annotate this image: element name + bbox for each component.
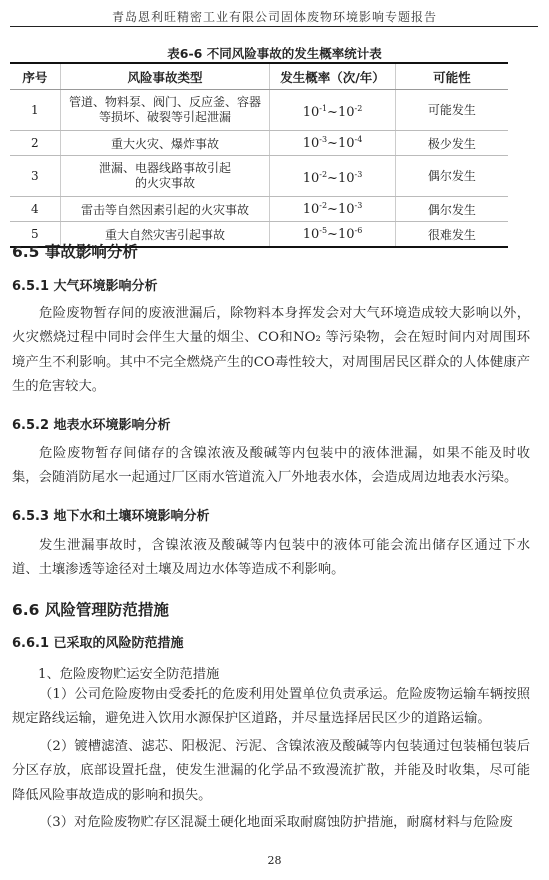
cell-type: 泄漏、电器线路事故引起的火灾事故 <box>60 156 270 197</box>
prob-exponent: -2 <box>355 104 363 113</box>
prob-exponent: -3 <box>319 135 327 144</box>
prob-separator: ~ <box>327 105 338 120</box>
prob-exponent: -2 <box>319 170 327 179</box>
prob-base: 10 <box>303 105 320 120</box>
cell-likelihood: 偶尔发生 <box>395 197 508 222</box>
list-item-1: （1）公司危险废物由受委托的危废利用处置单位负责承运。危险废物运输车辆按照规定路… <box>12 683 530 732</box>
section-heading-6-5-2: 6.5.2 地表水环境影响分析 <box>12 414 171 433</box>
section-heading-6-5-3: 6.5.3 地下水和土壤环境影响分析 <box>12 505 210 524</box>
section-heading-6-5-1: 6.5.1 大气环境影响分析 <box>12 275 158 294</box>
col-header-likelihood: 可能性 <box>395 63 508 90</box>
prob-exponent: -1 <box>319 104 327 113</box>
table-header-row: 序号 风险事故类型 发生概率（次/年） 可能性 <box>10 63 508 90</box>
prob-exponent: -6 <box>355 226 363 235</box>
table-row: 2 重大火灾、爆炸事故 10-3~10-4 极少发生 <box>10 131 508 156</box>
cell-type: 雷击等自然因素引起的火灾事故 <box>60 197 270 222</box>
list-heading-storage-transport: 1、危险废物贮运安全防范措施 <box>38 663 219 682</box>
prob-base: 10 <box>303 136 320 151</box>
type-line: 等损坏、破裂等引起泄漏 <box>99 110 231 124</box>
risk-probability-table: 序号 风险事故类型 发生概率（次/年） 可能性 1 管道、物料泵、阀门、反应釜、… <box>10 62 508 248</box>
cell-probability: 10-5~10-6 <box>270 222 395 248</box>
running-header: 青岛恩利旺精密工业有限公司固体废物环境影响专题报告 <box>0 8 549 25</box>
cell-probability: 10-1~10-2 <box>270 90 395 131</box>
table-row: 1 管道、物料泵、阀门、反应釜、容器等损坏、破裂等引起泄漏 10-1~10-2 … <box>10 90 508 131</box>
page-number: 28 <box>0 854 549 867</box>
prob-exponent: -4 <box>355 135 363 144</box>
list-item-3: （3）对危险废物贮存区混凝土硬化地面采取耐腐蚀防护措施，耐腐材料与危险废 <box>12 811 530 835</box>
paragraph-groundwater: 发生泄漏事故时，含镍浓液及酸碱等内包装中的液体可能会流出储存区通过下水道、土壤渗… <box>12 534 530 583</box>
prob-base: 10 <box>303 227 320 242</box>
col-header-probability: 发生概率（次/年） <box>270 63 395 90</box>
list-item-2: （2）镀槽滤渣、滤芯、阳极泥、污泥、含镍浓液及酸碱等内包装通过包装桶包装后分区存… <box>12 735 530 808</box>
type-line: 管道、物料泵、阀门、反应釜、容器 <box>69 95 261 109</box>
section-heading-6-6-1: 6.6.1 已采取的风险防范措施 <box>12 632 184 651</box>
section-heading-6-6: 6.6 风险管理防范措施 <box>12 598 169 620</box>
prob-separator: ~ <box>327 171 338 186</box>
section-heading-6-5: 6.5 事故影响分析 <box>12 240 138 262</box>
table-caption: 表6-6 不同风险事故的发生概率统计表 <box>0 44 549 62</box>
prob-exponent: -3 <box>355 201 363 210</box>
prob-exponent: -5 <box>319 226 327 235</box>
cell-probability: 10-3~10-4 <box>270 131 395 156</box>
prob-base: 10 <box>338 202 355 217</box>
prob-base: 10 <box>338 171 355 186</box>
cell-likelihood: 很难发生 <box>395 222 508 248</box>
type-line: 的火灾事故 <box>135 176 195 190</box>
prob-base: 10 <box>303 202 320 217</box>
cell-no: 2 <box>10 131 60 156</box>
cell-no: 3 <box>10 156 60 197</box>
prob-separator: ~ <box>327 202 338 217</box>
cell-likelihood: 可能发生 <box>395 90 508 131</box>
cell-type: 管道、物料泵、阀门、反应釜、容器等损坏、破裂等引起泄漏 <box>60 90 270 131</box>
prob-base: 10 <box>303 171 320 186</box>
cell-probability: 10-2~10-3 <box>270 197 395 222</box>
prob-exponent: -3 <box>355 170 363 179</box>
paragraph-surface-water: 危险废物暂存间储存的含镍浓液及酸碱等内包装中的液体泄漏，如果不能及时收集，会随消… <box>12 442 530 491</box>
col-header-no: 序号 <box>10 63 60 90</box>
header-rule <box>10 26 538 27</box>
cell-type: 重大火灾、爆炸事故 <box>60 131 270 156</box>
cell-no: 4 <box>10 197 60 222</box>
prob-base: 10 <box>338 105 355 120</box>
type-line: 泄漏、电器线路事故引起 <box>99 161 231 175</box>
cell-probability: 10-2~10-3 <box>270 156 395 197</box>
paragraph-atmosphere: 危险废物暂存间的废液泄漏后，除物料本身挥发会对大气环境造成较大影响以外，火灾燃烧… <box>12 302 530 399</box>
prob-separator: ~ <box>327 227 338 242</box>
cell-likelihood: 极少发生 <box>395 131 508 156</box>
col-header-type: 风险事故类型 <box>60 63 270 90</box>
cell-no: 1 <box>10 90 60 131</box>
table-row: 4 雷击等自然因素引起的火灾事故 10-2~10-3 偶尔发生 <box>10 197 508 222</box>
prob-base: 10 <box>338 136 355 151</box>
prob-separator: ~ <box>327 136 338 151</box>
table-row: 3 泄漏、电器线路事故引起的火灾事故 10-2~10-3 偶尔发生 <box>10 156 508 197</box>
prob-base: 10 <box>338 227 355 242</box>
prob-exponent: -2 <box>319 201 327 210</box>
cell-likelihood: 偶尔发生 <box>395 156 508 197</box>
